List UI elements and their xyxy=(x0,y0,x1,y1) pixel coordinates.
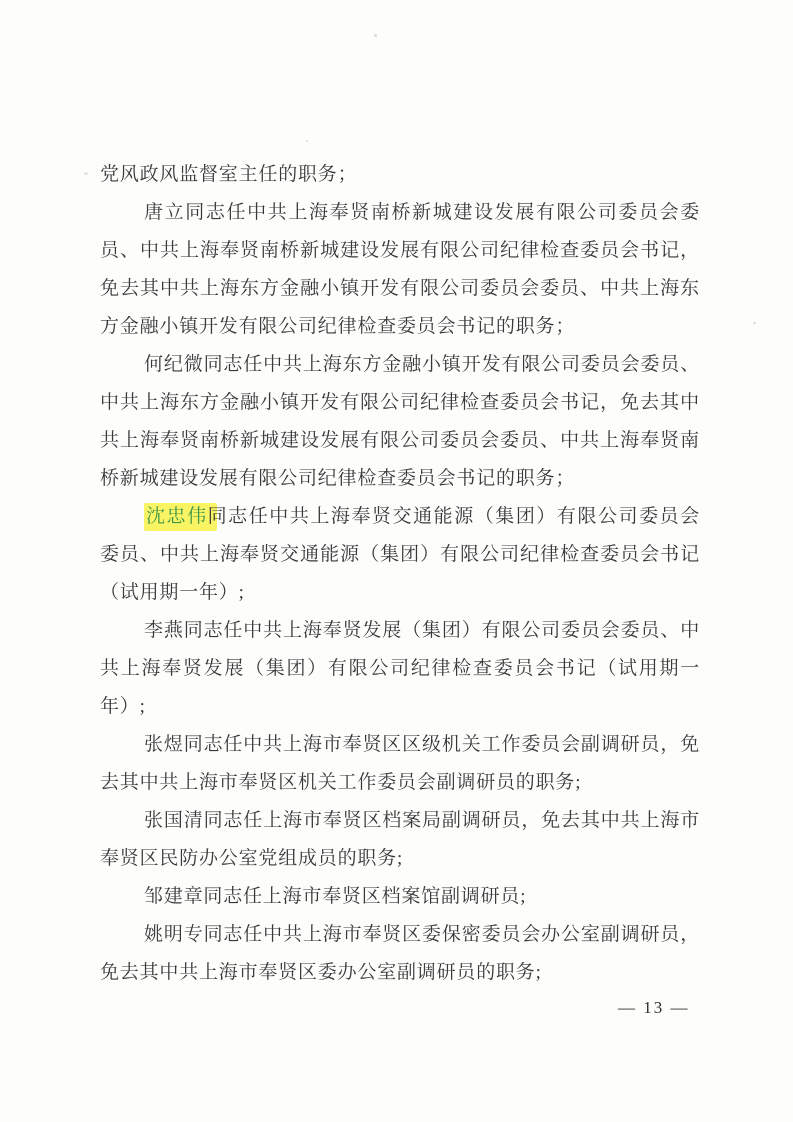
scan-speck xyxy=(753,322,756,324)
paragraph: 邹建章同志任上海市奉贤区档案馆副调研员; xyxy=(100,878,700,916)
paragraph: 何纪微同志任中共上海东方金融小镇开发有限公司委员会委员、中共上海东方金融小镇开发… xyxy=(100,346,700,498)
document-page: 党风政风监督室主任的职务； 唐立同志任中共上海奉贤南桥新城建设发展有限公司委员会… xyxy=(0,0,793,1122)
paragraph: 姚明专同志任中共上海市奉贤区委保密委员会办公室副调研员，免去其中共上海市奉贤区委… xyxy=(100,916,700,992)
paragraph: 李燕同志任中共上海奉贤发展（集团）有限公司委员会委员、中共上海奉贤发展（集团）有… xyxy=(100,612,700,726)
highlighted-name: 沈忠伟 xyxy=(144,503,217,531)
body-text: 党风政风监督室主任的职务； 唐立同志任中共上海奉贤南桥新城建设发展有限公司委员会… xyxy=(100,156,700,992)
scan-speck xyxy=(84,172,88,175)
page-number: — 13 — xyxy=(618,998,690,1018)
scan-speck xyxy=(374,34,377,37)
paragraph: 张煜同志任中共上海市奉贤区区级机关工作委员会副调研员，免去其中共上海市奉贤区机关… xyxy=(100,726,700,802)
paragraph: 沈忠伟同志任中共上海奉贤交通能源（集团）有限公司委员会委员、中共上海奉贤交通能源… xyxy=(100,498,700,612)
paragraph: 唐立同志任中共上海奉贤南桥新城建设发展有限公司委员会委员、中共上海奉贤南桥新城建… xyxy=(100,194,700,346)
scan-speck xyxy=(306,140,308,142)
paragraph: 张国清同志任上海市奉贤区档案局副调研员，免去其中共上海市奉贤区民防办公室党组成员… xyxy=(100,802,700,878)
paragraph: 党风政风监督室主任的职务； xyxy=(100,156,700,194)
